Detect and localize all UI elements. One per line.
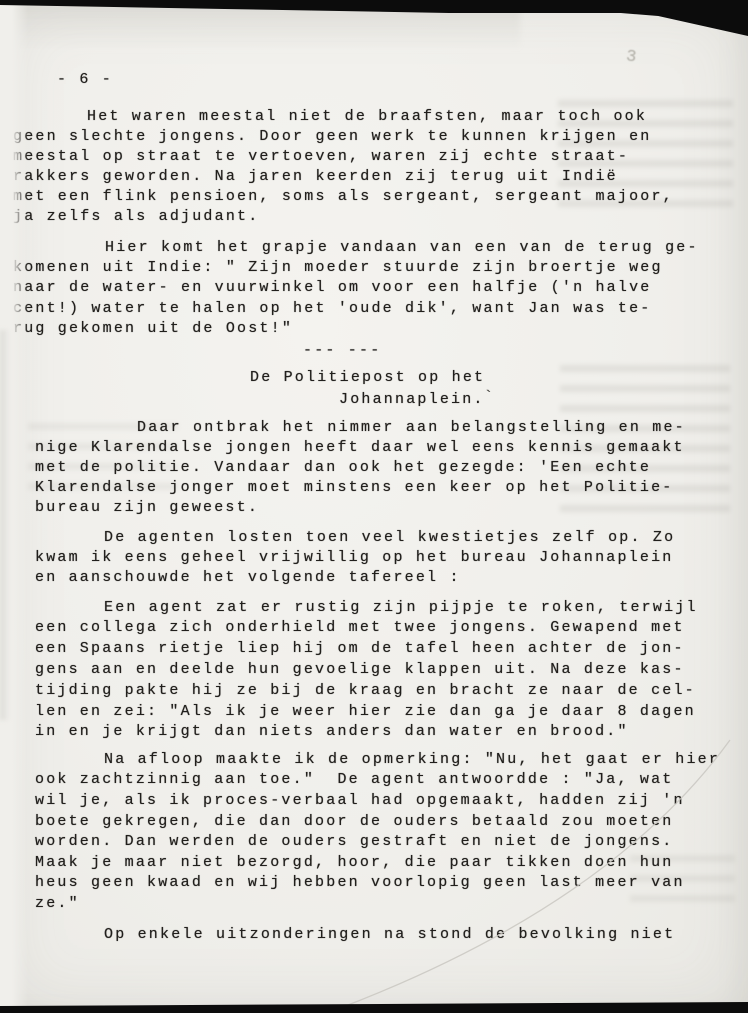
text-line: een collega zich onderhield met twee jon… [35,618,685,638]
text-line: Klarendalse jonger moet minstens een kee… [35,478,673,498]
text-line: tijding pakte hij ze bij de kraag en bra… [35,681,696,701]
text-line: heus geen kwaad en wij hebben voorlopig … [35,873,685,893]
scanned-typewritten-page: - 6 - Het waren meestal niet de braafste… [0,0,748,1013]
text-line: De agenten losten toen veel kwestietjes … [104,528,675,548]
text-line: ze." [35,894,80,914]
text-line: en aanschouwde het volgende tafereel : [35,568,461,588]
text-line: bureau zijn geweest. [35,498,259,518]
text-line: wil je, als ik proces-verbaal had opgema… [35,791,685,811]
text-line: rakkers geworden. Na jaren keerden zij t… [13,167,618,187]
text-line: geen slechte jongens. Door geen werk te … [13,127,651,147]
text-line: worden. Dan werden de ouders gestraft en… [35,832,673,852]
text-line: nige Klarendalse jongen heeft daar wel e… [35,438,685,458]
text-line: meestal op straat te vertoeven, waren zi… [13,147,629,167]
scan-edge-bar-bottom [0,1001,748,1013]
text-line: Maak je maar niet bezorgd, hoor, die paa… [35,853,673,873]
stray-pen-mark: ` [483,389,494,409]
section-heading-line1: De Politiepost op het [250,368,485,388]
text-line: Hier komt het grapje vandaan van een van… [105,238,699,258]
text-line: naar de water- en vuurwinkel om voor een… [13,278,651,298]
page-number: - 6 - [57,70,113,90]
text-line: met de politie. Vandaar dan ook het geze… [35,458,651,478]
text-line: kwam ik eens geheel vrijwillig op het bu… [35,548,673,568]
text-line: Op enkele uitzonderingen na stond de bev… [104,925,675,945]
text-line: boete gekregen, die dan door de ouders b… [35,812,673,832]
text-line: ook zachtzinnig aan toe." De agent antwo… [35,770,673,790]
text-line: een Spaans rietje liep hij om de tafel h… [35,639,685,659]
text-line: komenen uit Indie: " Zijn moeder stuurde… [13,258,663,278]
text-line: rug gekomen uit de Oost!" [13,319,293,339]
text-line: in en je krijgt dan niets anders dan wat… [35,722,629,742]
scan-edge-streak [0,330,10,720]
text-line: Na afloop maakte ik de opmerking: "Nu, h… [104,750,720,770]
text-line: Een agent zat er rustig zijn pijpje te r… [104,598,698,618]
text-line: len en zei: "Als ik je weer hier zie dan… [35,702,696,722]
text-line: Het waren meestal niet de braafsten, maa… [87,107,647,127]
text-line: gens aan en deelde hun gevoelige klappen… [35,660,685,680]
section-separator: --- --- [303,341,381,361]
corner-pencil-mark: 3 [625,47,639,67]
section-heading-line2: Johannaplein. [339,390,485,410]
text-line: ja zelfs als adjudant. [13,207,259,227]
text-line: Daar ontbrak het nimmer aan belangstelli… [137,418,686,438]
text-line: met een flink pensioen, soms als sergean… [13,187,674,207]
text-line: cent!) water te halen op het 'oude dik',… [13,299,651,319]
